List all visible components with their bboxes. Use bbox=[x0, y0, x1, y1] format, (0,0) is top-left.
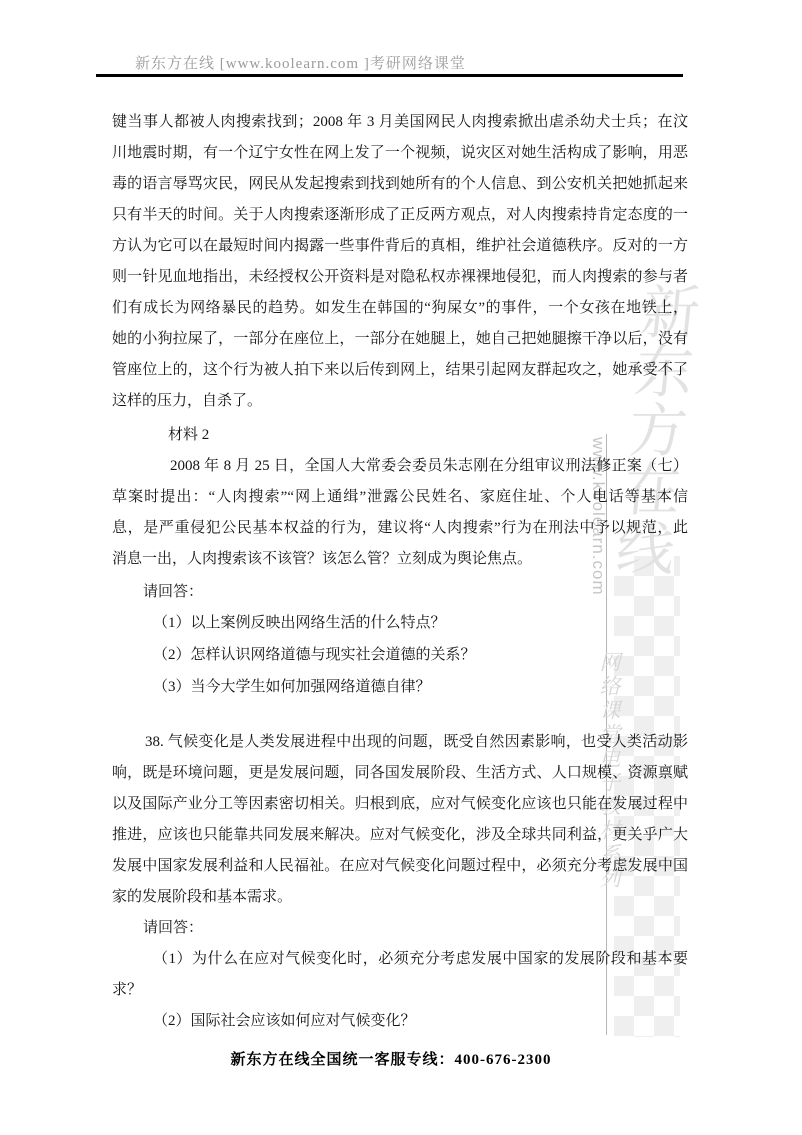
document-page: 新东方在线 [www.koolearn.com ]考研网络课堂 新东方在线 ww… bbox=[0, 0, 802, 1135]
header-divider-rule bbox=[96, 74, 683, 77]
text-line: （1）以上案例反映出网络生活的什么特点？ bbox=[112, 608, 688, 639]
text-line: （1）为什么在应对气候变化时，必须充分考虑发展中国家的发展阶段和基本要 bbox=[112, 944, 688, 975]
text-line: 草案时提出：“人肉搜索”“网上通缉”泄露公民姓名、家庭住址、个人电话等基本信 bbox=[112, 482, 688, 513]
text-block: （1）以上案例反映出网络生活的什么特点？ bbox=[112, 608, 688, 639]
text-line: 请回答： bbox=[112, 577, 688, 608]
text-block: 2008 年 8 月 25 日，全国人大常委会委员朱志刚在分组审议刑法修正案（七… bbox=[112, 451, 688, 575]
text-line: 她的小狗拉屎了，一部分在座位上，一部分在她腿上，她自己把她腿擦干净以后，没有 bbox=[112, 324, 688, 355]
text-line: 川地震时期，有一个辽宁女性在网上发了一个视频，说灾区对她生活构成了影响，用恶 bbox=[112, 138, 688, 169]
text-line: 这样的压力，自杀了。 bbox=[112, 386, 688, 417]
document-body: 键当事人都被人肉搜索找到；2008 年 3 月美国网民人肉搜索掀出虐杀幼犬士兵；… bbox=[112, 104, 688, 1037]
page-header-title: 新东方在线 [www.koolearn.com ]考研网络课堂 bbox=[135, 52, 466, 73]
text-line: 求？ bbox=[112, 975, 688, 1006]
text-block: 38. 气候变化是人类发展进程中出现的问题，既受自然因素影响，也受人类活动影响，… bbox=[112, 727, 688, 913]
text-line: 推进，应该也只能靠共同发展来解决。应对气候变化，涉及全球共同利益，更关乎广大 bbox=[112, 820, 688, 851]
text-block: （2）国际社会应该如何应对气候变化？ bbox=[112, 1006, 688, 1037]
text-block: （2）怎样认识网络道德与现实社会道德的关系？ bbox=[112, 640, 688, 671]
text-line: （2）国际社会应该如何应对气候变化？ bbox=[112, 1006, 688, 1037]
text-line: 消息一出，人肉搜索该不该管？该怎么管？立刻成为舆论焦点。 bbox=[112, 544, 688, 575]
text-line: 响，既是环境问题，更是发展问题，同各国发展阶段、生活方式、人口规模、资源禀赋 bbox=[112, 758, 688, 789]
text-line: 管座位上的，这个行为被人拍下来以后传到网上，结果引起网友群起攻之，她承受不了 bbox=[112, 355, 688, 386]
text-line: 方认为它可以在最短时间内揭露一些事件背后的真相，维护社会道德秩序。反对的一方 bbox=[112, 231, 688, 262]
text-line: 材料 2 bbox=[112, 420, 688, 451]
text-line: 发展中国家发展利益和人民福祉。在应对气候变化问题过程中，必须充分考虑发展中国 bbox=[112, 851, 688, 882]
text-line: 则一针见血地指出，未经授权公开资料是对隐私权赤裸裸地侵犯，而人肉搜索的参与者 bbox=[112, 262, 688, 293]
text-line: 毒的语言辱骂灾民，网民从发起搜索到找到她所有的个人信息、到公安机关把她抓起来 bbox=[112, 169, 688, 200]
text-line: 键当事人都被人肉搜索找到；2008 年 3 月美国网民人肉搜索掀出虐杀幼犬士兵；… bbox=[112, 107, 688, 138]
text-line: 以及国际产业分工等因素密切相关。归根到底，应对气候变化应该也只能在发展过程中 bbox=[112, 789, 688, 820]
text-line: 息，是严重侵犯公民基本权益的行为，建议将“人肉搜索”行为在刑法中予以规范，此 bbox=[112, 513, 688, 544]
text-block: （1）为什么在应对气候变化时，必须充分考虑发展中国家的发展阶段和基本要求？ bbox=[112, 944, 688, 1006]
text-line: （2）怎样认识网络道德与现实社会道德的关系？ bbox=[112, 640, 688, 671]
text-line: （3）当今大学生如何加强网络道德自律？ bbox=[112, 672, 688, 703]
text-block: （3）当今大学生如何加强网络道德自律？ bbox=[112, 672, 688, 703]
text-block: 键当事人都被人肉搜索找到；2008 年 3 月美国网民人肉搜索掀出虐杀幼犬士兵；… bbox=[112, 107, 688, 417]
footer-service-line: 新东方在线全国统一客服专线：400-676-2300 bbox=[96, 1048, 686, 1069]
text-block: 材料 2 bbox=[112, 420, 688, 451]
text-line: 请回答： bbox=[112, 913, 688, 944]
text-line: 2008 年 8 月 25 日，全国人大常委会委员朱志刚在分组审议刑法修正案（七… bbox=[112, 451, 688, 482]
text-line: 家的发展阶段和基本需求。 bbox=[112, 882, 688, 913]
text-block: 请回答： bbox=[112, 913, 688, 944]
text-line: 们有成长为网络暴民的趋势。如发生在韩国的“狗屎女”的事件，一个女孩在地铁上， bbox=[112, 293, 688, 324]
text-line: 只有半天的时间。关于人肉搜索逐渐形成了正反两方观点，对人肉搜索持肯定态度的一 bbox=[112, 200, 688, 231]
text-block: 请回答： bbox=[112, 577, 688, 608]
text-line: 38. 气候变化是人类发展进程中出现的问题，既受自然因素影响，也受人类活动影 bbox=[112, 727, 688, 758]
